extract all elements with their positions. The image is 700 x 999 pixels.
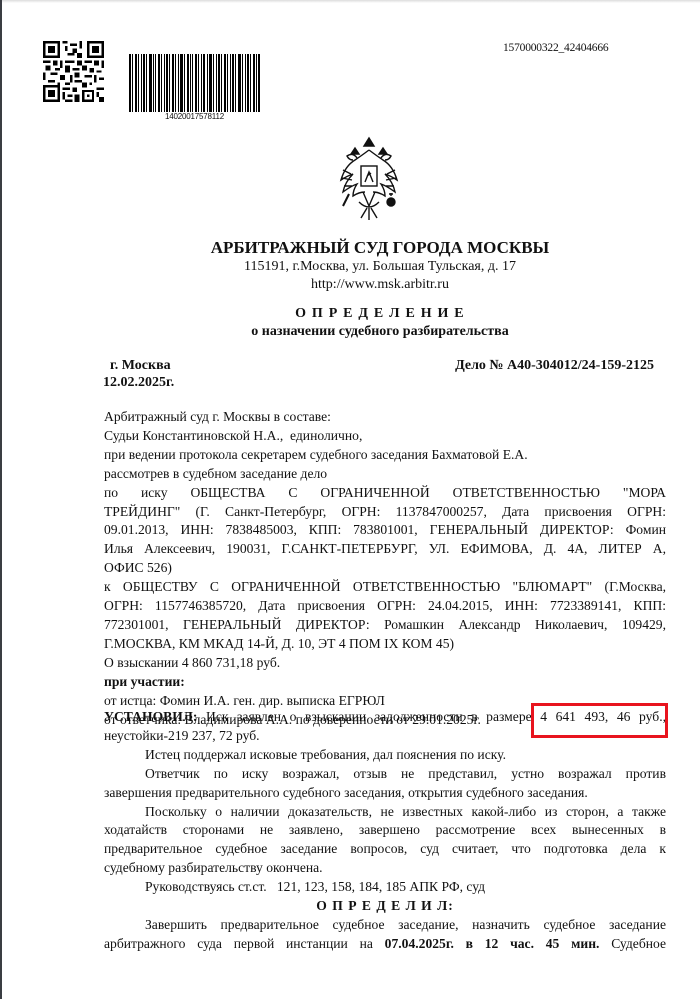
- qr-code-icon: [43, 41, 104, 102]
- decision-line: арбитражного суда первой инстанции на 07…: [104, 935, 666, 954]
- para-defendant-line: завершения предварительного судебного за…: [104, 784, 666, 803]
- document-id: 1570000322_42404666: [503, 42, 608, 54]
- penalty: неустойки-219 237, 72 руб.: [104, 727, 666, 746]
- established-label: УСТАНОВИЛ:: [104, 709, 197, 724]
- court-address: 115191, г.Москва, ул. Большая Тульская, …: [0, 259, 700, 275]
- para-defendant-line: Ответчик по иску возражал, отзыв не пред…: [104, 765, 666, 784]
- case-number: Дело № А40-304012/24-159-2125: [455, 358, 654, 374]
- claim-amount: О взыскании 4 860 731,18 руб.: [104, 654, 666, 673]
- defendant-line: 772301001, ГЕНЕРАЛЬНЫЙ ДИРЕКТОР: Ромашки…: [104, 616, 666, 635]
- court-website-link[interactable]: http://www.msk.arbitr.ru: [0, 277, 700, 293]
- viewer-left-border: [0, 0, 2, 999]
- document-subtype-heading: о назначении судебного разбирательства: [0, 324, 700, 340]
- city: г. Москва: [110, 358, 171, 374]
- barcode-number: 14020017578112: [129, 112, 260, 121]
- decision-text-end: Судебное: [599, 936, 666, 951]
- para-evidence-line: ходатайств сторонами не заявлено, заверш…: [104, 821, 666, 840]
- decision-text: арбитражного суда первой инстанции на: [104, 936, 385, 951]
- plaintiff-line: ТРЕЙДИНГ" (Г. Санкт-Петербург, ОГРН: 113…: [104, 503, 666, 522]
- court-composition: Арбитражный суд г. Москвы в составе:: [104, 408, 666, 427]
- para-evidence-line: предварительное судебное заседание вопро…: [104, 840, 666, 859]
- defendant-line: Г.МОСКВА, КМ МКАД 14-Й, Д. 10, ЭТ 4 ПОМ …: [104, 635, 666, 654]
- plaintiff-line: ОФИС 526): [104, 559, 666, 578]
- debt-amount: 4 641 493, 46 руб.,: [540, 709, 666, 724]
- considering: рассмотрев в судебном заседание дело: [104, 465, 666, 484]
- plaintiff-line: Илья Алексеевич, 190031, Г.САНКТ-ПЕТЕРБУ…: [104, 540, 666, 559]
- plaintiff-line: 09.01.2013, ИНН: 7838485003, КПП: 783801…: [104, 521, 666, 540]
- decision-line: Завершить предварительное судебное засед…: [104, 916, 666, 935]
- plaintiff-line: по иску ОБЩЕСТВА С ОГРАНИЧЕННОЙ ОТВЕТСТВ…: [104, 484, 666, 503]
- established-text: Иск заявлен о взыскании задолженности в …: [197, 709, 540, 724]
- hearing-datetime: 07.04.2025г. в 12 час. 45 мин.: [385, 936, 600, 951]
- defendant-block: к ОБЩЕСТВУ С ОГРАНИЧЕННОЙ ОТВЕТСТВЕННОСТ…: [104, 578, 666, 654]
- decided-heading: О П Р Е Д Е Л И Л:: [104, 897, 666, 916]
- court-name: АРБИТРАЖНЫЙ СУД ГОРОДА МОСКВЫ: [0, 238, 700, 258]
- viewer-top-edge: [0, 0, 700, 3]
- para-evidence-line: судебному разбирательству окончена.: [104, 859, 666, 878]
- barcode-icon: [129, 54, 260, 112]
- para-evidence-line: Поскольку о наличии доказательств, не из…: [104, 803, 666, 822]
- established-section: УСТАНОВИЛ: Иск заявлен о взыскании задол…: [104, 708, 666, 954]
- plaintiff-block: по иску ОБЩЕСТВА С ОГРАНИЧЕННОЙ ОТВЕТСТВ…: [104, 484, 666, 579]
- defendant-line: ОГРН: 1157746385720, Дата присвоения ОГР…: [104, 597, 666, 616]
- established-line: УСТАНОВИЛ: Иск заявлен о взыскании задол…: [104, 708, 666, 727]
- para-plaintiff: Истец поддержал исковые требования, дал …: [104, 746, 666, 765]
- document-type-heading: О П Р Е Д Е Л Е Н И Е: [0, 306, 700, 322]
- document-body: Арбитражный суд г. Москвы в составе: Суд…: [104, 408, 666, 729]
- participation-label: при участии:: [104, 673, 666, 692]
- guided-by: Руководствуясь ст.ст. 121, 123, 158, 184…: [104, 878, 666, 897]
- secretary: при ведении протокола секретарем судебно…: [104, 446, 666, 465]
- coat-of-arms-icon: [337, 136, 401, 226]
- defendant-line: к ОБЩЕСТВУ С ОГРАНИЧЕННОЙ ОТВЕТСТВЕННОСТ…: [104, 578, 666, 597]
- judge: Судьи Константиновской Н.А., единолично,: [104, 427, 666, 446]
- document-date: 12.02.2025г.: [103, 375, 174, 391]
